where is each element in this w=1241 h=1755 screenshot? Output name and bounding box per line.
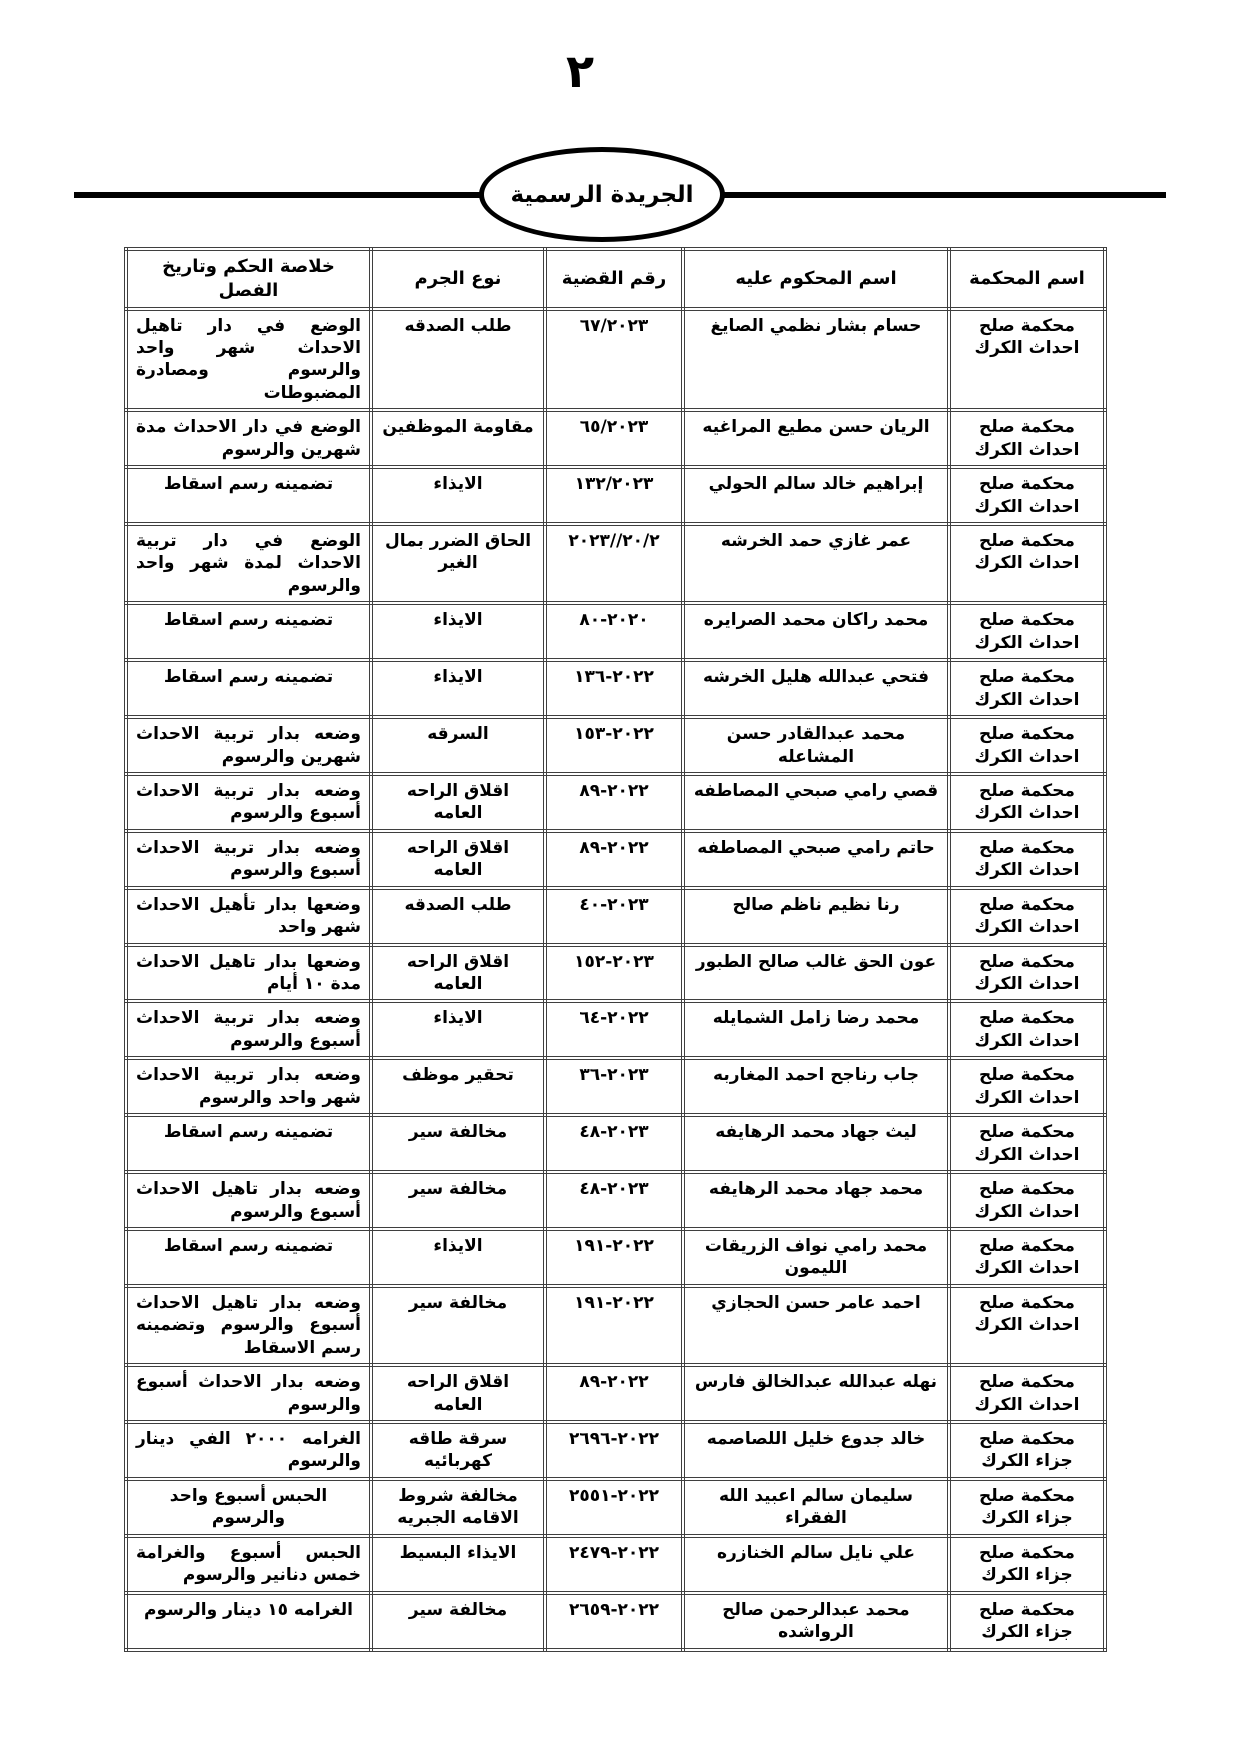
court-cell: محكمة صلح احداث الكرك [949, 660, 1105, 717]
court-cell: محكمة صلح احداث الكرك [949, 888, 1105, 945]
judgment-summary-cell: الحبس أسبوع والغرامة خمس دنانير والرسوم [126, 1536, 371, 1593]
table-row: محكمة صلح احداث الكرك حاتم رامي صبحي الم… [126, 831, 1105, 888]
convict-name-cell: محمد عبدالقادر حسن المشاعله [683, 717, 949, 774]
header-court: اسم المحكمة [949, 249, 1105, 309]
court-cell: محكمة صلح احداث الكرك [949, 945, 1105, 1002]
table-row: محكمة صلح احداث الكرك إبراهيم خالد سالم … [126, 467, 1105, 524]
gazette-title: الجريدة الرسمية [510, 182, 693, 208]
crime-type-cell: الحاق الضرر بمال الغير [371, 524, 545, 603]
table-row: محكمة صلح جزاء الكرك علي نايل سالم الخنا… [126, 1536, 1105, 1593]
court-cell: محكمة صلح احداث الكرك [949, 1001, 1105, 1058]
table-row: محكمة صلح احداث الكرك الريان حسن مطيع ال… [126, 410, 1105, 467]
crime-type-cell: مخالفة سير [371, 1286, 545, 1365]
judgment-summary-cell: وضعه بدار تربية الاحداث شهر واحد والرسوم [126, 1058, 371, 1115]
table-row: محكمة صلح جزاء الكرك خالد جدوع خليل اللص… [126, 1422, 1105, 1479]
judgment-summary-cell: وضعه بدار الاحداث أسبوع والرسوم [126, 1365, 371, 1422]
crime-type-cell: الايذاء [371, 467, 545, 524]
convict-name-cell: احمد عامر حسن الحجازي [683, 1286, 949, 1365]
judgment-summary-cell: تضمينه رسم اسقاط [126, 1229, 371, 1286]
judgment-summary-cell: الوضع في دار تربية الاحداث لمدة شهر واحد… [126, 524, 371, 603]
case-number-cell: ٢٠٢٢-١٣٦ [545, 660, 683, 717]
case-number-cell: ٢٠٢٢-٢٦٥٩ [545, 1593, 683, 1650]
table-row: محكمة صلح احداث الكرك عون الحق غالب صالح… [126, 945, 1105, 1002]
crime-type-cell: اقلاق الراحه العامه [371, 1365, 545, 1422]
court-cell: محكمة صلح احداث الكرك [949, 410, 1105, 467]
judgment-summary-cell: الوضع في دار تاهيل الاحداث شهر واحد والر… [126, 309, 371, 411]
gazette-banner-ellipse: الجريدة الرسمية [479, 147, 725, 242]
crime-type-cell: تحقير موظف [371, 1058, 545, 1115]
case-number-cell: ٢٠٢٢-٢٥٥١ [545, 1479, 683, 1536]
judgment-summary-cell: تضمينه رسم اسقاط [126, 467, 371, 524]
crime-type-cell: الايذاء [371, 1229, 545, 1286]
crime-type-cell: طلب الصدقه [371, 888, 545, 945]
crime-type-cell: الايذاء [371, 603, 545, 660]
case-number-cell: ٢٠٢٢-٨٩ [545, 831, 683, 888]
convict-name-cell: حسام بشار نظمي الصايغ [683, 309, 949, 411]
crime-type-cell: اقلاق الراحه العامه [371, 831, 545, 888]
header-row: اسم المحكمة اسم المحكوم عليه رقم القضية … [126, 249, 1105, 309]
table-row: محكمة صلح احداث الكرك رنا نظيم ناظم صالح… [126, 888, 1105, 945]
court-cell: محكمة صلح احداث الكرك [949, 1115, 1105, 1172]
crime-type-cell: الايذاء [371, 1001, 545, 1058]
convict-name-cell: محمد راكان محمد الصرايره [683, 603, 949, 660]
court-cell: محكمة صلح احداث الكرك [949, 1058, 1105, 1115]
court-cell: محكمة صلح احداث الكرك [949, 831, 1105, 888]
convict-name-cell: الريان حسن مطيع المراغيه [683, 410, 949, 467]
convict-name-cell: جاب رناجح احمد المغاربه [683, 1058, 949, 1115]
judgment-summary-cell: وضعه بدار تربية الاحداث أسبوع والرسوم [126, 774, 371, 831]
convict-name-cell: سليمان سالم اعبيد الله الفقراء [683, 1479, 949, 1536]
convict-name-cell: إبراهيم خالد سالم الحولي [683, 467, 949, 524]
judgment-summary-cell: الغرامه ١٥ دينار والرسوم [126, 1593, 371, 1650]
case-number-cell: ٢٠٢٣-٤٨ [545, 1115, 683, 1172]
table-row: محكمة صلح احداث الكرك نهله عبدالله عبدال… [126, 1365, 1105, 1422]
table-row: محكمة صلح احداث الكرك محمد راكان محمد ال… [126, 603, 1105, 660]
case-number-cell: ٢٠٢٢-١٥٣ [545, 717, 683, 774]
judgment-summary-cell: الغرامه ٢٠٠٠ الفي دينار والرسوم [126, 1422, 371, 1479]
case-number-cell: ٢٠/٢//٢٠٢٣ [545, 524, 683, 603]
case-number-cell: ٢٠٢٢-١٩١ [545, 1229, 683, 1286]
court-cell: محكمة صلح احداث الكرك [949, 603, 1105, 660]
crime-type-cell: طلب الصدقه [371, 309, 545, 411]
judgment-summary-cell: وضعه بدار تاهيل الاحداث أسبوع والرسوم [126, 1172, 371, 1229]
table-row: محكمة صلح احداث الكرك قصي رامي صبحي المص… [126, 774, 1105, 831]
judgment-summary-cell: وضعه بدار تربية الاحداث أسبوع والرسوم [126, 1001, 371, 1058]
crime-type-cell: مخالفة سير [371, 1115, 545, 1172]
table-row: محكمة صلح احداث الكرك احمد عامر حسن الحج… [126, 1286, 1105, 1365]
case-number-cell: ١٣٢/٢٠٢٣ [545, 467, 683, 524]
header-judgment-summary: خلاصة الحكم وتاريخ الفصل [126, 249, 371, 309]
court-cell: محكمة صلح احداث الكرك [949, 524, 1105, 603]
table-header: اسم المحكمة اسم المحكوم عليه رقم القضية … [126, 249, 1105, 309]
court-cell: محكمة صلح احداث الكرك [949, 309, 1105, 411]
crime-type-cell: اقلاق الراحه العامه [371, 945, 545, 1002]
court-cell: محكمة صلح احداث الكرك [949, 1229, 1105, 1286]
table-row: محكمة صلح احداث الكرك حسام بشار نظمي الص… [126, 309, 1105, 411]
crime-type-cell: اقلاق الراحه العامه [371, 774, 545, 831]
crime-type-cell: سرقة طاقه كهربائيه [371, 1422, 545, 1479]
court-cell: محكمة صلح احداث الكرك [949, 467, 1105, 524]
judgment-summary-cell: وضعها بدار تاهيل الاحداث مدة ١٠ أيام [126, 945, 371, 1002]
convict-name-cell: محمد رضا زامل الشمايله [683, 1001, 949, 1058]
judgment-summary-cell: تضمينه رسم اسقاط [126, 660, 371, 717]
judgment-summary-cell: وضعه بدار تربية الاحداث أسبوع والرسوم [126, 831, 371, 888]
case-number-cell: ٢٠٢٣-٣٦ [545, 1058, 683, 1115]
table-row: محكمة صلح احداث الكرك محمد رامي نواف الز… [126, 1229, 1105, 1286]
convict-name-cell: علي نايل سالم الخنازره [683, 1536, 949, 1593]
table-row: محكمة صلح احداث الكرك ليث جهاد محمد الره… [126, 1115, 1105, 1172]
case-number-cell: ٢٠٢٢-٦٤ [545, 1001, 683, 1058]
case-number-cell: ٢٠٢٢-٨٩ [545, 774, 683, 831]
crime-type-cell: مقاومة الموظفين [371, 410, 545, 467]
convict-name-cell: عون الحق غالب صالح الطبور [683, 945, 949, 1002]
table-row: محكمة صلح احداث الكرك محمد عبدالقادر حسن… [126, 717, 1105, 774]
convict-name-cell: نهله عبدالله عبدالخالق فارس [683, 1365, 949, 1422]
case-number-cell: ٢٠٢٣-٤٠ [545, 888, 683, 945]
court-cell: محكمة صلح جزاء الكرك [949, 1479, 1105, 1536]
judgment-summary-cell: وضعها بدار تأهيل الاحداث شهر واحد [126, 888, 371, 945]
convict-name-cell: فتحي عبدالله هليل الخرشه [683, 660, 949, 717]
judgment-summary-cell: وضعه بدار تاهيل الاحداث أسبوع والرسوم وت… [126, 1286, 371, 1365]
case-number-cell: ٢٠٢٢-١٩١ [545, 1286, 683, 1365]
judgment-summary-cell: الوضع في دار الاحداث مدة شهرين والرسوم [126, 410, 371, 467]
page-number: ٢ [0, 48, 1160, 94]
case-number-cell: ٦٧/٢٠٢٣ [545, 309, 683, 411]
court-cell: محكمة صلح جزاء الكرك [949, 1536, 1105, 1593]
court-cell: محكمة صلح احداث الكرك [949, 717, 1105, 774]
court-cell: محكمة صلح جزاء الكرك [949, 1593, 1105, 1650]
rulings-table: اسم المحكمة اسم المحكوم عليه رقم القضية … [124, 247, 1107, 1652]
table-row: محكمة صلح احداث الكرك عمر غازي حمد الخرش… [126, 524, 1105, 603]
table-row: محكمة صلح احداث الكرك محمد رضا زامل الشم… [126, 1001, 1105, 1058]
court-cell: محكمة صلح احداث الكرك [949, 1172, 1105, 1229]
crime-type-cell: السرقه [371, 717, 545, 774]
court-cell: محكمة صلح احداث الكرك [949, 1365, 1105, 1422]
convict-name-cell: حاتم رامي صبحي المصاطفه [683, 831, 949, 888]
court-cell: محكمة صلح احداث الكرك [949, 1286, 1105, 1365]
table-body: محكمة صلح احداث الكرك حسام بشار نظمي الص… [126, 309, 1105, 1650]
case-number-cell: ٦٥/٢٠٢٣ [545, 410, 683, 467]
crime-type-cell: الايذاء البسيط [371, 1536, 545, 1593]
crime-type-cell: مخالفة سير [371, 1172, 545, 1229]
case-number-cell: ٢٠٢٣-٤٨ [545, 1172, 683, 1229]
case-number-cell: ٢٠٢٢-٢٤٧٩ [545, 1536, 683, 1593]
table-row: محكمة صلح احداث الكرك فتحي عبدالله هليل … [126, 660, 1105, 717]
crime-type-cell: مخالفة شروط الاقامه الجبريه [371, 1479, 545, 1536]
convict-name-cell: قصي رامي صبحي المصاطفه [683, 774, 949, 831]
rulings-table-wrap: اسم المحكمة اسم المحكوم عليه رقم القضية … [128, 247, 1107, 1652]
case-number-cell: ٢٠٢٣-١٥٢ [545, 945, 683, 1002]
convict-name-cell: رنا نظيم ناظم صالح [683, 888, 949, 945]
crime-type-cell: مخالفة سير [371, 1593, 545, 1650]
table-row: محكمة صلح احداث الكرك جاب رناجح احمد الم… [126, 1058, 1105, 1115]
header-convict-name: اسم المحكوم عليه [683, 249, 949, 309]
case-number-cell: ٢٠٢٠-٨٠ [545, 603, 683, 660]
case-number-cell: ٢٠٢٢-٨٩ [545, 1365, 683, 1422]
table-row: محكمة صلح جزاء الكرك محمد عبدالرحمن صالح… [126, 1593, 1105, 1650]
convict-name-cell: محمد عبدالرحمن صالح الرواشده [683, 1593, 949, 1650]
convict-name-cell: عمر غازي حمد الخرشه [683, 524, 949, 603]
case-number-cell: ٢٠٢٢-٢٦٩٦ [545, 1422, 683, 1479]
court-cell: محكمة صلح احداث الكرك [949, 774, 1105, 831]
convict-name-cell: محمد جهاد محمد الرهايفه [683, 1172, 949, 1229]
judgment-summary-cell: تضمينه رسم اسقاط [126, 603, 371, 660]
crime-type-cell: الايذاء [371, 660, 545, 717]
convict-name-cell: محمد رامي نواف الزريقات الليمون [683, 1229, 949, 1286]
table-row: محكمة صلح احداث الكرك محمد جهاد محمد الر… [126, 1172, 1105, 1229]
header-case-number: رقم القضية [545, 249, 683, 309]
header-crime-type: نوع الجرم [371, 249, 545, 309]
convict-name-cell: ليث جهاد محمد الرهايفه [683, 1115, 949, 1172]
convict-name-cell: خالد جدوع خليل اللصاصمه [683, 1422, 949, 1479]
judgment-summary-cell: الحبس أسبوع واحد والرسوم [126, 1479, 371, 1536]
court-cell: محكمة صلح جزاء الكرك [949, 1422, 1105, 1479]
judgment-summary-cell: وضعه بدار تربية الاحداث شهرين والرسوم [126, 717, 371, 774]
judgment-summary-cell: تضمينه رسم اسقاط [126, 1115, 371, 1172]
table-row: محكمة صلح جزاء الكرك سليمان سالم اعبيد ا… [126, 1479, 1105, 1536]
